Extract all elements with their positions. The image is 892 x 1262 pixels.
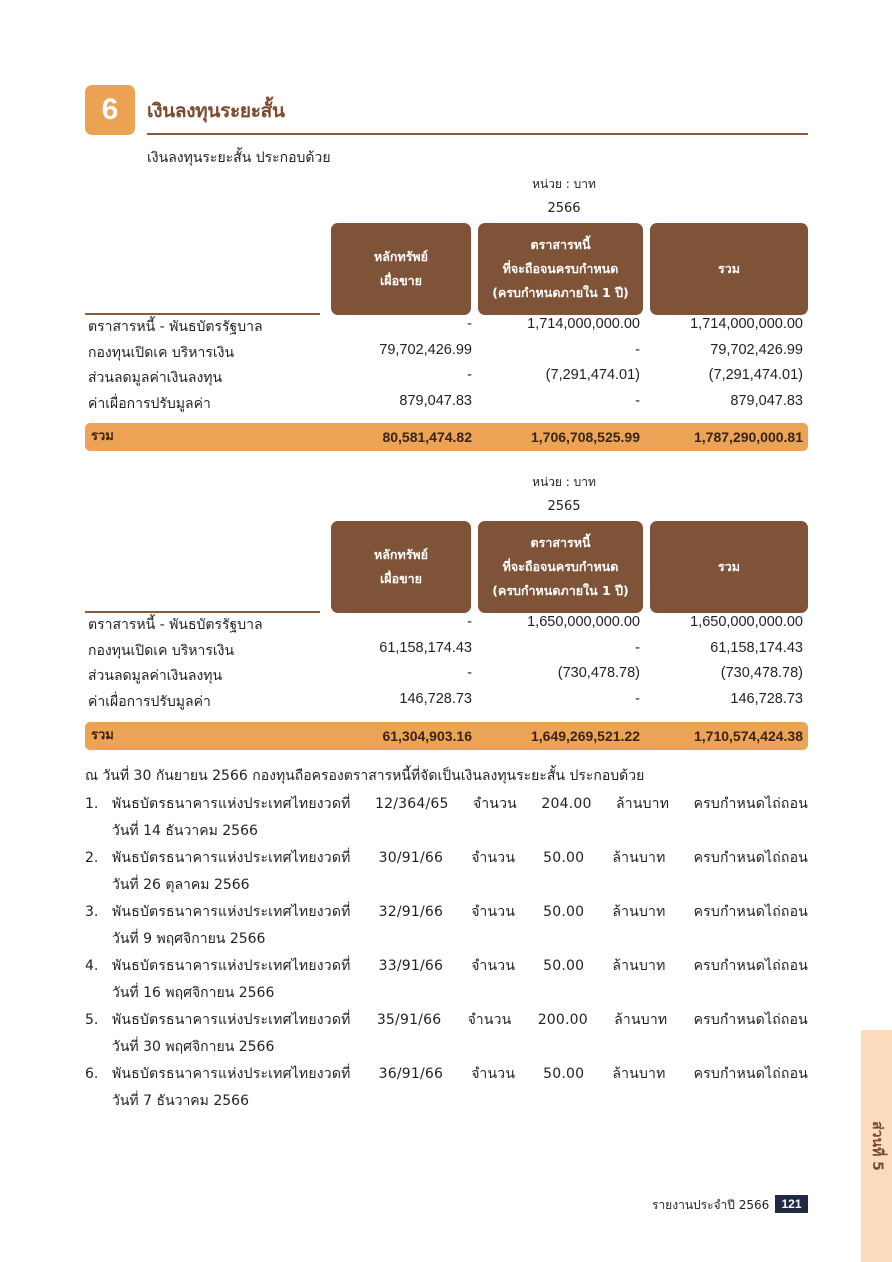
- list-marker: 6.: [85, 1061, 98, 1088]
- amount-unit: ล้านบาท: [612, 953, 665, 980]
- section-number-badge: 6: [85, 85, 135, 135]
- amount-value: 50.00: [543, 845, 584, 872]
- page-number: 121: [775, 1195, 808, 1213]
- bond-series: 35/91/66: [377, 1007, 441, 1034]
- title-underline: [147, 133, 808, 135]
- list-item: 2. พันธบัตรธนาคารแห่งประเทศไทยงวดที่ 30/…: [85, 845, 808, 899]
- maturity-label: ครบกำหนดไถ่ถอน: [694, 899, 808, 926]
- table-row: ค่าเผื่อการปรับมูลค่า 146,728.73 - 146,7…: [85, 691, 808, 716]
- list-item: 4. พันธบัตรธนาคารแห่งประเทศไทยงวดที่ 33/…: [85, 953, 808, 1007]
- row-label: ค่าเผื่อการปรับมูลค่า: [88, 393, 211, 415]
- table-row: กองทุนเปิดเค บริหารเงิน 61,158,174.43 - …: [85, 640, 808, 665]
- list-marker: 2.: [85, 845, 98, 872]
- bond-name: พันธบัตรธนาคารแห่งประเทศไทยงวดที่: [112, 1061, 351, 1088]
- unit-label: หน่วย : บาท: [478, 175, 650, 194]
- table-row: ตราสารหนี้ - พันธบัตรรัฐบาล - 1,650,000,…: [85, 614, 808, 639]
- bond-holdings-list: 1. พันธบัตรธนาคารแห่งประเทศไทยงวดที่ 12/…: [85, 791, 808, 1115]
- maturity-label: ครบกำหนดไถ่ถอน: [694, 791, 808, 818]
- cell-value: -: [635, 393, 640, 409]
- table-row: ค่าเผื่อการปรับมูลค่า 879,047.83 - 879,0…: [85, 393, 808, 418]
- amount-value: 204.00: [541, 791, 591, 818]
- cell-value: 1,714,000,000.00: [690, 316, 803, 332]
- bond-series: 36/91/66: [379, 1061, 443, 1088]
- column-header-total: รวม: [650, 223, 808, 315]
- maturity-date: วันที่ 16 พฤศจิกายน 2566: [112, 980, 808, 1007]
- bond-series: 30/91/66: [379, 845, 443, 872]
- total-label: รวม: [91, 722, 114, 750]
- row-label: ตราสารหนี้ - พันธบัตรรัฐบาล: [88, 614, 263, 636]
- cell-value: -: [467, 614, 472, 630]
- maturity-label: ครบกำหนดไถ่ถอน: [694, 953, 808, 980]
- bond-name: พันธบัตรธนาคารแห่งประเทศไทยงวดที่: [112, 953, 351, 980]
- part-side-tab-label: ส่วนที่ 5: [866, 1121, 888, 1171]
- cell-value: 879,047.83: [730, 393, 803, 409]
- unit-label: หน่วย : บาท: [478, 473, 650, 492]
- cell-value: (7,291,474.01): [709, 367, 803, 383]
- cell-value: (730,478.78): [721, 665, 803, 681]
- list-marker: 5.: [85, 1007, 98, 1034]
- column-header-held-to-maturity: ตราสารหนี้ ที่จะถือจนครบกำหนด (ครบกำหนดภ…: [478, 521, 643, 613]
- maturity-label: ครบกำหนดไถ่ถอน: [694, 845, 808, 872]
- amount-label: จำนวน: [468, 1007, 512, 1034]
- table-row: ส่วนลดมูลค่าเงินลงทุน - (7,291,474.01) (…: [85, 367, 808, 392]
- cell-value: (7,291,474.01): [546, 367, 640, 383]
- cell-value: 1,650,000,000.00: [690, 614, 803, 630]
- cell-value: -: [635, 640, 640, 656]
- total-row: รวม 61,304,903.16 1,649,269,521.22 1,710…: [85, 722, 808, 750]
- cell-value: 1,714,000,000.00: [527, 316, 640, 332]
- amount-unit: ล้านบาท: [612, 845, 665, 872]
- label-column-rule: [85, 313, 320, 315]
- row-label: ค่าเผื่อการปรับมูลค่า: [88, 691, 211, 713]
- total-value: 1,706,708,525.99: [531, 423, 640, 451]
- amount-value: 50.00: [543, 953, 584, 980]
- row-label: ตราสารหนี้ - พันธบัตรรัฐบาล: [88, 316, 263, 338]
- amount-unit: ล้านบาท: [614, 1007, 667, 1034]
- cell-value: 79,702,426.99: [379, 342, 472, 358]
- maturity-label: ครบกำหนดไถ่ถอน: [694, 1061, 808, 1088]
- amount-value: 50.00: [543, 1061, 584, 1088]
- amount-label: จำนวน: [473, 791, 517, 818]
- list-marker: 1.: [85, 791, 98, 818]
- list-item: 6. พันธบัตรธนาคารแห่งประเทศไทยงวดที่ 36/…: [85, 1061, 808, 1115]
- bond-name: พันธบัตรธนาคารแห่งประเทศไทยงวดที่: [112, 1007, 351, 1034]
- report-title-footer: รายงานประจำปี 2566: [652, 1196, 769, 1215]
- total-value: 1,710,574,424.38: [694, 722, 803, 750]
- list-item: 1. พันธบัตรธนาคารแห่งประเทศไทยงวดที่ 12/…: [85, 791, 808, 845]
- total-value: 61,304,903.16: [382, 722, 472, 750]
- list-marker: 3.: [85, 899, 98, 926]
- list-item: 3. พันธบัตรธนาคารแห่งประเทศไทยงวดที่ 32/…: [85, 899, 808, 953]
- table-row: ส่วนลดมูลค่าเงินลงทุน - (730,478.78) (73…: [85, 665, 808, 690]
- cell-value: 61,158,174.43: [710, 640, 803, 656]
- total-row: รวม 80,581,474.82 1,706,708,525.99 1,787…: [85, 423, 808, 451]
- cell-value: 879,047.83: [399, 393, 472, 409]
- section-title: เงินลงทุนระยะสั้น: [147, 96, 285, 126]
- row-label: ส่วนลดมูลค่าเงินลงทุน: [88, 665, 222, 687]
- maturity-date: วันที่ 26 ตุลาคม 2566: [112, 872, 808, 899]
- amount-label: จำนวน: [471, 1061, 515, 1088]
- bond-series: 32/91/66: [379, 899, 443, 926]
- cell-value: 61,158,174.43: [379, 640, 472, 656]
- maturity-date: วันที่ 14 ธันวาคม 2566: [112, 818, 808, 845]
- amount-unit: ล้านบาท: [612, 1061, 665, 1088]
- cell-value: 146,728.73: [730, 691, 803, 707]
- cell-value: -: [635, 691, 640, 707]
- amount-unit: ล้านบาท: [612, 899, 665, 926]
- list-marker: 4.: [85, 953, 98, 980]
- amount-label: จำนวน: [471, 899, 515, 926]
- part-side-tab: ส่วนที่ 5: [861, 1030, 892, 1262]
- total-value: 1,787,290,000.81: [694, 423, 803, 451]
- maturity-date: วันที่ 9 พฤศจิกายน 2566: [112, 926, 808, 953]
- cell-value: -: [467, 665, 472, 681]
- bond-series: 33/91/66: [379, 953, 443, 980]
- cell-value: 79,702,426.99: [710, 342, 803, 358]
- cell-value: 146,728.73: [399, 691, 472, 707]
- cell-value: (730,478.78): [558, 665, 640, 681]
- row-label: กองทุนเปิดเค บริหารเงิน: [88, 640, 234, 662]
- maturity-label: ครบกำหนดไถ่ถอน: [694, 1007, 808, 1034]
- cell-value: 1,650,000,000.00: [527, 614, 640, 630]
- notes-intro: ณ วันที่ 30 กันยายน 2566 กองทุนถือครองตร…: [85, 765, 644, 787]
- row-label: กองทุนเปิดเค บริหารเงิน: [88, 342, 234, 364]
- column-header-available-for-sale: หลักทรัพย์ เผื่อขาย: [331, 521, 471, 613]
- row-label: ส่วนลดมูลค่าเงินลงทุน: [88, 367, 222, 389]
- column-header-available-for-sale: หลักทรัพย์ เผื่อขาย: [331, 223, 471, 315]
- table-row: ตราสารหนี้ - พันธบัตรรัฐบาล - 1,714,000,…: [85, 316, 808, 341]
- bond-name: พันธบัตรธนาคารแห่งประเทศไทยงวดที่: [112, 791, 351, 818]
- amount-value: 200.00: [538, 1007, 588, 1034]
- bond-name: พันธบัตรธนาคารแห่งประเทศไทยงวดที่: [112, 845, 351, 872]
- table-row: กองทุนเปิดเค บริหารเงิน 79,702,426.99 - …: [85, 342, 808, 367]
- year-label: 2565: [478, 499, 650, 514]
- amount-value: 50.00: [543, 899, 584, 926]
- cell-value: -: [467, 316, 472, 332]
- maturity-date: วันที่ 7 ธันวาคม 2566: [112, 1088, 808, 1115]
- total-value: 80,581,474.82: [382, 423, 472, 451]
- amount-label: จำนวน: [471, 845, 515, 872]
- total-value: 1,649,269,521.22: [531, 722, 640, 750]
- total-label: รวม: [91, 423, 114, 451]
- column-header-held-to-maturity: ตราสารหนี้ ที่จะถือจนครบกำหนด (ครบกำหนดภ…: [478, 223, 643, 315]
- column-header-total: รวม: [650, 521, 808, 613]
- cell-value: -: [467, 367, 472, 383]
- cell-value: -: [635, 342, 640, 358]
- maturity-date: วันที่ 30 พฤศจิกายน 2566: [112, 1034, 808, 1061]
- amount-unit: ล้านบาท: [616, 791, 669, 818]
- amount-label: จำนวน: [471, 953, 515, 980]
- year-label: 2566: [478, 201, 650, 216]
- list-item: 5. พันธบัตรธนาคารแห่งประเทศไทยงวดที่ 35/…: [85, 1007, 808, 1061]
- bond-name: พันธบัตรธนาคารแห่งประเทศไทยงวดที่: [112, 899, 351, 926]
- label-column-rule: [85, 611, 320, 613]
- bond-series: 12/364/65: [375, 791, 449, 818]
- section-intro: เงินลงทุนระยะสั้น ประกอบด้วย: [147, 147, 331, 169]
